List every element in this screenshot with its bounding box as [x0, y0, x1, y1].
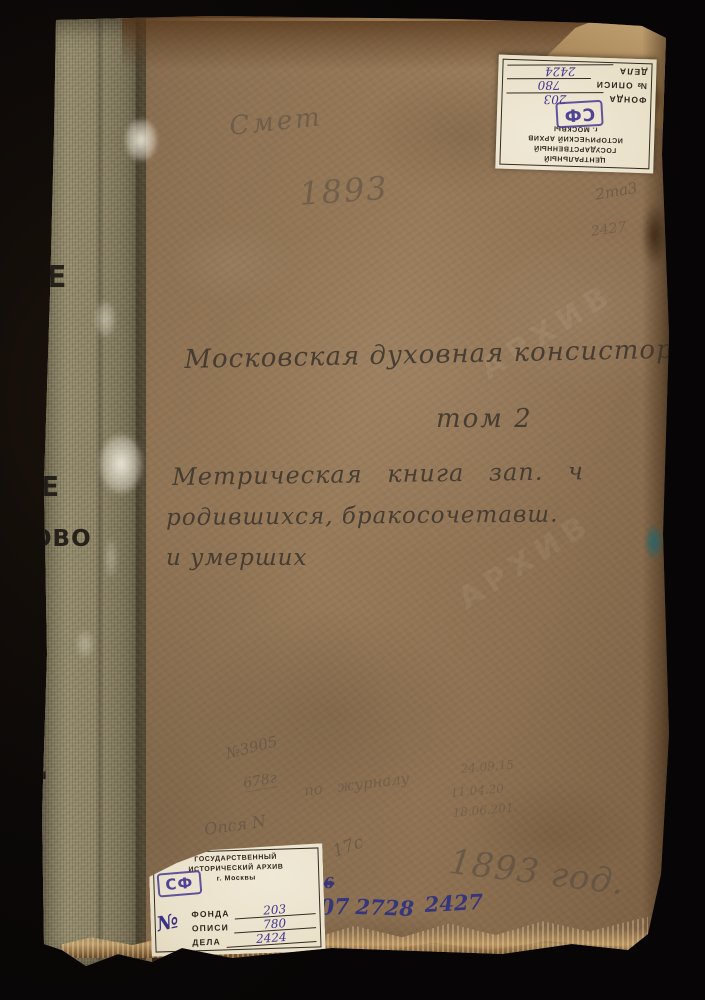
opis-value: 780	[507, 78, 591, 90]
handwritten-volume: том 2	[436, 404, 533, 434]
opis-label: № ОПИСИ	[595, 80, 647, 92]
spine-letter: Е	[40, 470, 59, 503]
archive-label-top: ЦЕНТРАЛЬНЫЙ ГОСУДАРСТВЕННЫЙ ИСТОРИЧЕСКИЙ…	[495, 55, 657, 174]
archive-fields: ФОНДА 203 ОПИСИ 780 ДЕЛА 2424	[191, 902, 316, 948]
fond-label: ФОНДА	[608, 94, 646, 105]
paint-splash	[90, 294, 120, 344]
handwritten-year-top: 1893	[298, 169, 390, 213]
fond-label: ФОНДА	[191, 908, 229, 919]
top-edge-highlight	[132, 18, 632, 21]
numero-sign: №	[154, 908, 180, 936]
archive-label-bottom-frame: ГОСУДАРСТВЕННЫЙ ИСТОРИЧЕСКИЙ АРХИВ г. Мо…	[152, 847, 321, 952]
handwritten-subtitle-2: родившихся, бракосочетавш.	[166, 502, 559, 531]
blue-number: 2728	[355, 894, 414, 921]
handwritten-subtitle-1: Метрическая книга зап. ч	[172, 457, 584, 491]
sf-ink-stamp: СФ	[555, 100, 604, 129]
teal-paint-mark	[642, 520, 666, 564]
handwritten-subtitle-3: и умерших	[166, 545, 307, 571]
paint-splash	[72, 624, 98, 664]
opis-label: ОПИСИ	[192, 922, 229, 933]
spine-letter: Е	[46, 260, 67, 295]
delo-label: ДЕЛА	[619, 66, 648, 77]
delo-label: ДЕЛА	[192, 937, 221, 948]
paint-splash	[118, 110, 164, 170]
delo-row: ДЕЛА 2424	[192, 932, 316, 948]
paint-splash	[102, 530, 120, 586]
book-cover-photo: Е Е ОВО Д АРХИВ АРХИВ Смет 1893 Московск…	[32, 14, 678, 976]
spine-letter-partial: Д	[24, 752, 47, 782]
blue-number: 2427	[424, 889, 484, 917]
photo-backdrop: Е Е ОВО Д АРХИВ АРХИВ Смет 1893 Московск…	[0, 0, 705, 1000]
right-edge-blotch	[638, 192, 672, 278]
delo-value: 2424	[507, 64, 613, 76]
spine-letters-ovo: ОВО	[32, 526, 92, 552]
sf-ink-stamp: СФ	[157, 870, 203, 898]
paint-splash	[90, 422, 152, 506]
